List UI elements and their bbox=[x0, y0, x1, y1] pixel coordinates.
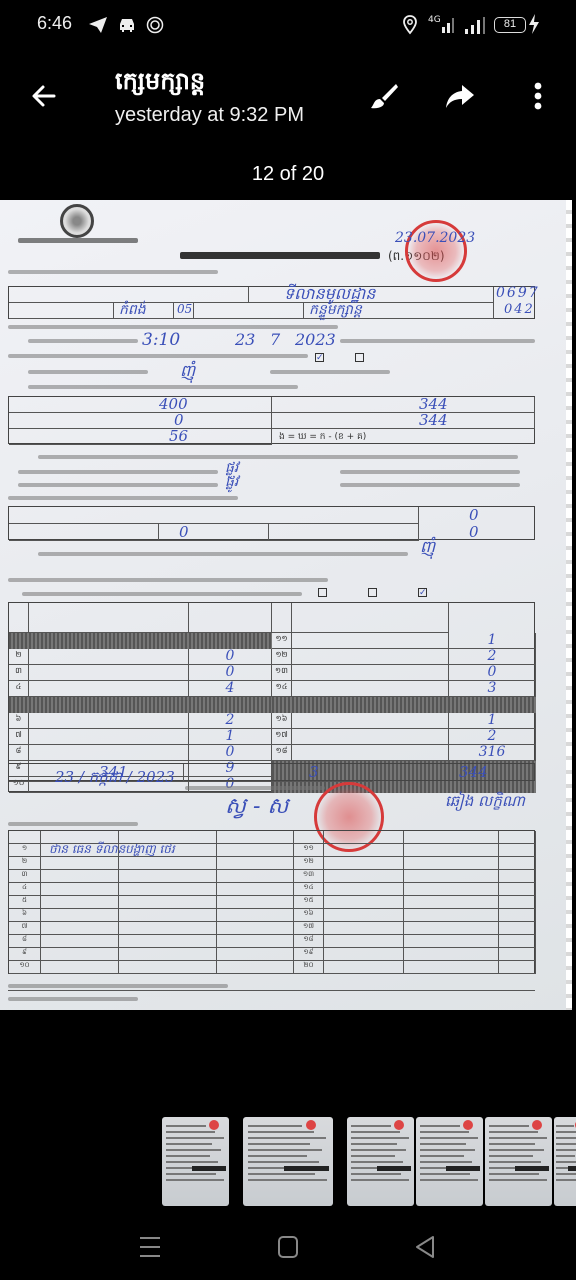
system-navigation-bar bbox=[0, 1220, 576, 1280]
text-line bbox=[22, 592, 302, 596]
forward-arrow-icon bbox=[442, 78, 478, 114]
party-vote-count: 1 bbox=[449, 713, 536, 729]
party-name-cell bbox=[29, 649, 189, 665]
charging-icon bbox=[528, 14, 540, 38]
signature: ស្វ - ស bbox=[225, 792, 288, 824]
document-photo[interactable]: (ព.១១០២) 23.07.2023 ទីលានមូលដ្ឋាន 0697 ក… bbox=[0, 200, 572, 1010]
station-number: 05 bbox=[177, 302, 192, 316]
complaints-table: 0 0 0 bbox=[8, 506, 535, 540]
complaints-count-3: 0 bbox=[469, 523, 479, 541]
committee-heading bbox=[185, 786, 325, 790]
text-line bbox=[38, 455, 518, 459]
party-name-cell bbox=[292, 713, 449, 729]
party-name-cell bbox=[29, 713, 189, 729]
notification-badge-icon bbox=[146, 15, 164, 35]
shaded-row bbox=[272, 697, 536, 713]
4g-signal-icon: 4G bbox=[428, 15, 456, 35]
invalid-total: 3 bbox=[309, 763, 319, 781]
battery-indicator: 81 bbox=[494, 17, 526, 33]
message-timestamp: yesterday at 9:32 PM bbox=[115, 104, 304, 127]
closing-time: 3:10 bbox=[142, 330, 180, 350]
text-line bbox=[340, 339, 535, 343]
footer-note bbox=[8, 997, 138, 1001]
text-line bbox=[340, 470, 520, 474]
closing-day: 23 bbox=[235, 330, 255, 349]
ballot-counts-table: 400 344 0 344 56 ង = ឃ = ក - (ខ + គ) bbox=[8, 396, 535, 444]
text-line bbox=[18, 470, 218, 474]
shaded-row bbox=[9, 697, 272, 713]
party-vote-count: 3 bbox=[449, 681, 536, 697]
issuing-body-heading bbox=[18, 238, 138, 243]
divider bbox=[8, 990, 535, 991]
party-vote-count: 1 bbox=[189, 729, 272, 745]
text-line bbox=[18, 483, 218, 487]
menu-lines-icon bbox=[135, 1232, 165, 1262]
checkbox-unchecked bbox=[318, 588, 327, 597]
checkbox-unchecked bbox=[368, 588, 377, 597]
arrow-left-icon bbox=[26, 78, 62, 114]
signed-date: 23 / កក្កដា / 2023 bbox=[55, 768, 175, 790]
checkbox-checked: ✓ bbox=[418, 588, 427, 597]
checkbox-yes-checked: ✓ bbox=[315, 353, 324, 362]
party-name-cell bbox=[292, 729, 449, 745]
observers-table: ១១១២១២៣១៣៤១៤៥១៥៦១៦៧១៧៨១៨៩១៩១០២០ថាន ធេន ទ… bbox=[8, 830, 535, 974]
thumbnail[interactable] bbox=[243, 1117, 333, 1206]
photo-counter: 12 of 20 bbox=[0, 163, 576, 186]
checkbox-no bbox=[355, 353, 364, 362]
party-vote-count: 0 bbox=[189, 649, 272, 665]
ballots-in-box: 344 bbox=[419, 411, 448, 429]
share-button[interactable] bbox=[442, 78, 478, 114]
text-line bbox=[38, 552, 408, 556]
party-name-cell bbox=[29, 745, 189, 761]
back-button[interactable] bbox=[26, 78, 62, 114]
recents-button[interactable] bbox=[135, 1232, 165, 1262]
thumbnail[interactable] bbox=[162, 1117, 229, 1206]
section-3-heading bbox=[8, 496, 238, 500]
grand-total: 344 bbox=[459, 763, 488, 781]
thumbnail[interactable] bbox=[347, 1117, 414, 1206]
party-vote-count: 0 bbox=[189, 665, 272, 681]
secretary-name: ឆៀង លក្ខិណា bbox=[445, 792, 525, 814]
party-vote-count: 2 bbox=[189, 713, 272, 729]
party-name-cell bbox=[292, 745, 449, 761]
formula: ង = ឃ = ក - (ខ + គ) bbox=[279, 431, 366, 444]
party-vote-count: 2 bbox=[449, 649, 536, 665]
media-viewer-header: ក្សេមក្សាន្ត yesterday at 9:32 PM bbox=[0, 60, 576, 140]
sender-name: ក្សេមក្សាន្ត bbox=[115, 66, 205, 101]
party-name-cell bbox=[292, 649, 449, 665]
edit-button[interactable] bbox=[366, 78, 402, 114]
section-4-heading bbox=[8, 578, 328, 582]
party-name-cell bbox=[292, 633, 449, 649]
thumbnail[interactable] bbox=[554, 1117, 576, 1206]
footnote bbox=[8, 984, 228, 988]
thumbnail[interactable] bbox=[416, 1117, 483, 1206]
complaints-count-2: 0 bbox=[179, 523, 189, 541]
party-name-cell bbox=[29, 681, 189, 697]
shaded-row bbox=[9, 633, 272, 649]
party-vote-count: 2 bbox=[449, 729, 536, 745]
section-5-heading bbox=[8, 822, 138, 826]
closing-month: 7 bbox=[270, 330, 280, 349]
text-line bbox=[28, 370, 148, 374]
section-1-heading bbox=[8, 270, 218, 274]
party-vote-count: 0 bbox=[189, 745, 272, 761]
form-title bbox=[180, 252, 380, 259]
square-icon bbox=[273, 1232, 303, 1262]
closing-year: 2023 bbox=[295, 330, 336, 349]
text-line bbox=[270, 370, 390, 374]
more-options-button[interactable] bbox=[520, 78, 556, 114]
government-seal-icon bbox=[60, 204, 94, 238]
location-table: ទីលានមូលដ្ឋាន 0697 កំពង់ 05 កន្ទួមក្សាន្… bbox=[8, 286, 535, 319]
text-line bbox=[28, 385, 298, 389]
car-icon bbox=[117, 15, 137, 35]
stamp-date: 23.07.2023 bbox=[395, 230, 475, 246]
thumbnail-strip[interactable] bbox=[0, 1117, 576, 1207]
party-name-cell bbox=[29, 665, 189, 681]
observer-entry: ថាន ធេន ទីលានបង្ហាញ ថេរ bbox=[49, 841, 175, 859]
status-bar: 6:46 4G 81 bbox=[0, 0, 576, 52]
party-vote-count: 1 bbox=[449, 633, 536, 649]
party-name-cell bbox=[292, 681, 449, 697]
location-code-1: 0697 bbox=[496, 285, 540, 301]
text-line bbox=[8, 354, 308, 358]
telegram-icon bbox=[88, 15, 108, 35]
status-time: 6:46 bbox=[37, 13, 72, 34]
party-vote-count: 4 bbox=[189, 681, 272, 697]
signal-icon bbox=[464, 15, 486, 35]
time-label-line bbox=[28, 339, 138, 343]
section-2-heading bbox=[8, 325, 338, 329]
kebab-menu-icon bbox=[520, 78, 556, 114]
text-line bbox=[340, 483, 520, 487]
complaints-count-1: 0 bbox=[469, 506, 479, 524]
party-name-cell bbox=[292, 665, 449, 681]
brush-icon bbox=[366, 78, 402, 114]
thumbnail[interactable] bbox=[485, 1117, 552, 1206]
home-button[interactable] bbox=[273, 1232, 303, 1262]
triangle-back-icon bbox=[411, 1232, 441, 1262]
location-code-2: 042 bbox=[504, 302, 535, 317]
system-back-button[interactable] bbox=[411, 1232, 441, 1262]
location-icon bbox=[402, 15, 418, 35]
ballots-unused: 56 bbox=[169, 427, 188, 445]
party-vote-count: 316 bbox=[449, 745, 536, 761]
party-vote-count: 0 bbox=[449, 665, 536, 681]
party-name-cell bbox=[29, 729, 189, 745]
